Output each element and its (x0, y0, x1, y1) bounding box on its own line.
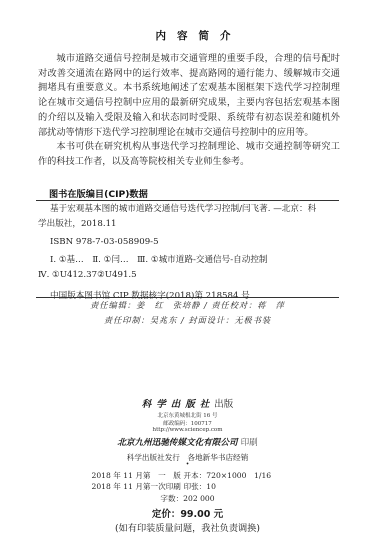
publisher-address: 北京东黄城根北街 16 号 (0, 411, 375, 419)
page-title: 内容简介 (0, 28, 375, 43)
cip-record-line: 学出版社，2018.11 (38, 217, 340, 232)
printer-line: 北京九州迅驰传媒文化有限公司 印刷 (0, 436, 375, 448)
price: 定价：99.00 元 (0, 506, 375, 520)
quality-note: (如有印装质量问题，我社负责调换) (0, 520, 375, 534)
separator-dot: • (0, 461, 375, 468)
publisher-line: 科学出版社出版 (0, 396, 375, 410)
cip-record-line: 基于宏观基本图的城市道路交通信号迭代学习控制/闫飞著. —北京：科 (38, 202, 340, 217)
isbn: ISBN 978-7-03-058909-5 (38, 235, 340, 250)
divider (36, 297, 339, 298)
cip-record: 基于宏观基本图的城市道路交通信号迭代学习控制/闫飞著. —北京：科 学出版社，2… (38, 202, 340, 304)
summary-paragraph: 本书可供在研究机构从事迭代学习控制理论、城市交通控制等研究工作的科技工作者，以及… (38, 140, 340, 169)
cip-heading: 图书在版编目(CIP)数据 (49, 186, 148, 200)
credits-line: 责任编辑：姜 红 张培静 / 责任校对：蒋 萍 (0, 300, 375, 311)
publisher-website: http://www.sciencep.com (0, 427, 375, 433)
publisher-suffix: 出版 (214, 399, 233, 410)
edition-table: 2018 年 11 月第 一 版 开本：720×1000 1/16 2018 年… (0, 470, 375, 492)
format: 开本：720×1000 1/16 (184, 470, 284, 481)
classification-line: Ⅳ. ①U412.37②U491.5 (38, 268, 340, 283)
printer-suffix: 印刷 (241, 438, 258, 448)
printer-name: 北京九州迅驰传媒文化有限公司 (117, 438, 237, 448)
sheets: 印张：10 (184, 481, 284, 492)
edition: 2018 年 11 月第 一 版 (92, 470, 184, 481)
credits-line: 责任印制：吴兆东 / 封面设计：无极书装 (0, 315, 375, 326)
subject-line: Ⅰ. ①基… Ⅱ. ①闫… Ⅲ. ①城市道路-交通信号-自动控制 (38, 253, 340, 268)
divider (36, 200, 339, 201)
publisher-postcode: 邮政编码：100717 (0, 419, 375, 427)
publisher-name: 科学出版社 (142, 399, 215, 410)
summary-section: 城市道路交通信号控制是城市交通管理的重要手段，合理的信号配时对改善交通流在路网中… (38, 52, 340, 170)
summary-paragraph: 城市道路交通信号控制是城市交通管理的重要手段，合理的信号配时对改善交通流在路网中… (38, 52, 340, 140)
word-count: 字数：202 000 (0, 493, 375, 504)
printing: 2018 年 11 月第一次印刷 (92, 481, 184, 492)
